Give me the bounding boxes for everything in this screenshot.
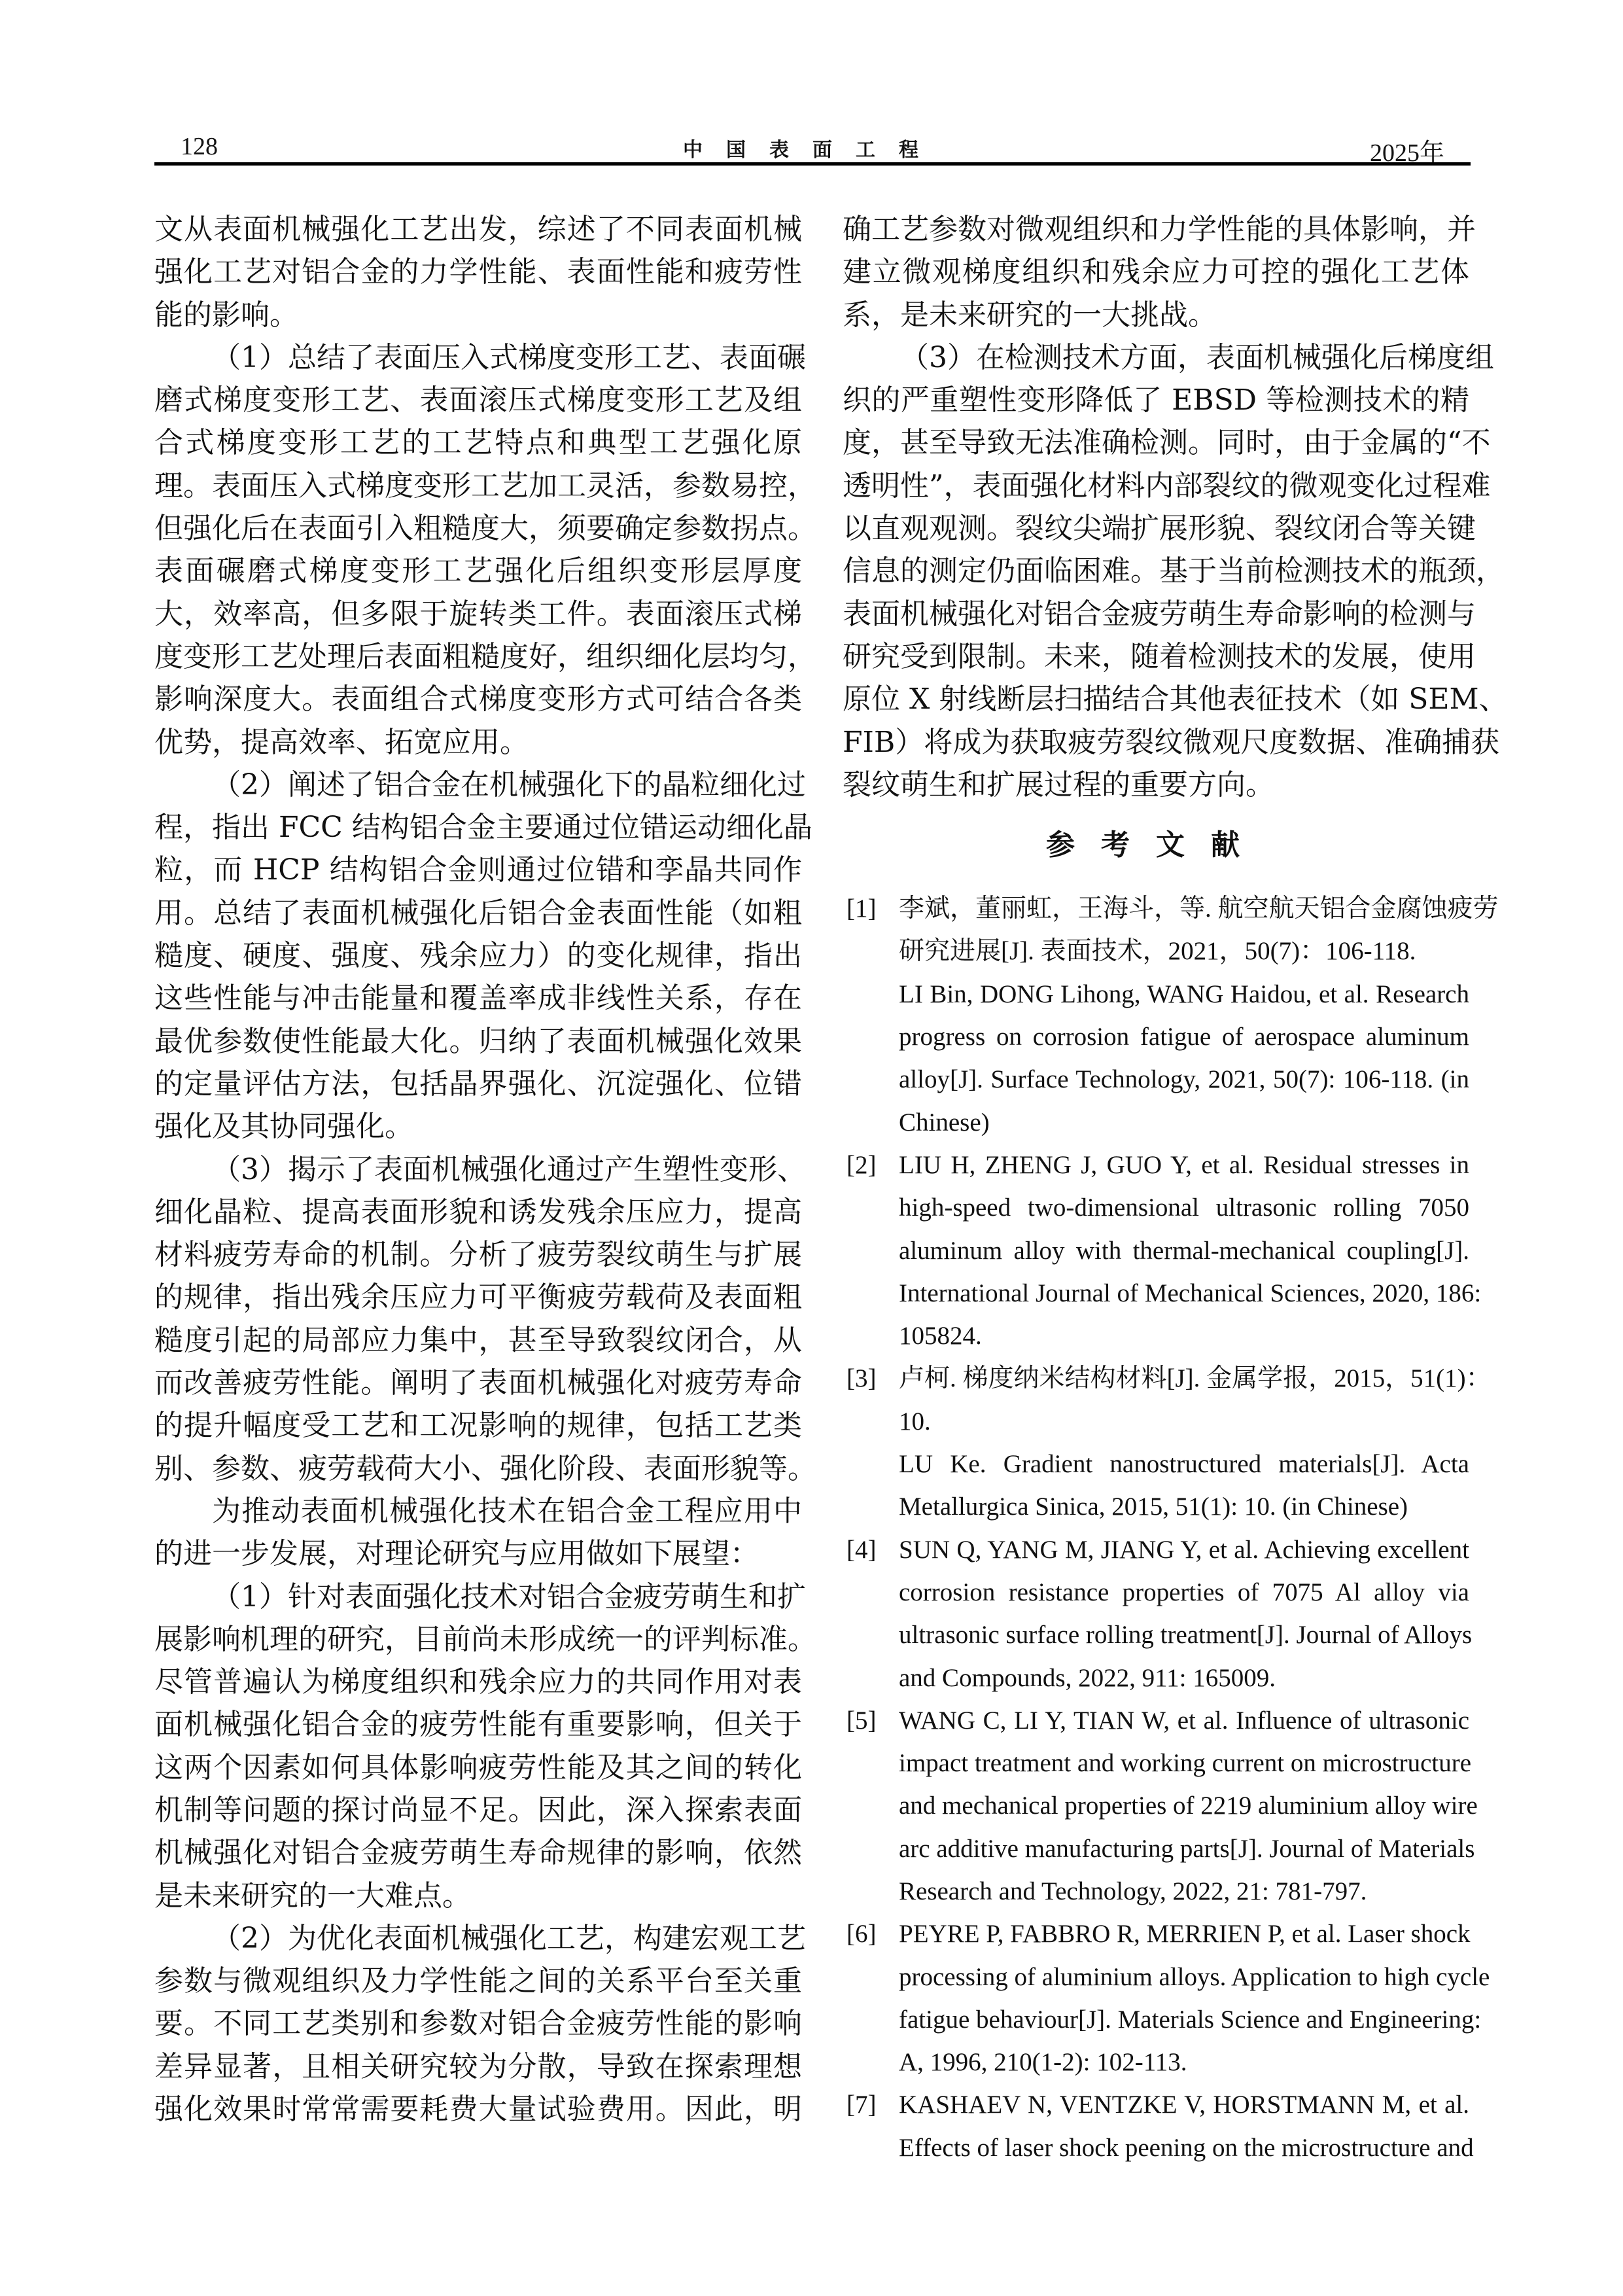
text-line: 织的严重塑性变形降低了 EBSD 等检测技术的精 <box>843 379 1469 421</box>
reference-line: high-speed two-dimensional ultrasonic ro… <box>899 1186 1469 1229</box>
text-line: 理。表面压入式梯度变形工艺加工灵活，参数易控， <box>154 465 802 507</box>
text-line: 度，甚至导致无法准确检测。同时，由于金属的“不 <box>843 421 1469 464</box>
text-line: 合式梯度变形工艺的工艺特点和典型工艺强化原 <box>154 421 802 464</box>
left-column: 文从表面机械强化工艺出发，综述了不同表面机械强化工艺对铝合金的力学性能、表面性能… <box>154 208 802 2130</box>
reference-line: International Journal of Mechanical Scie… <box>899 1272 1469 1315</box>
text-line: 面机械强化铝合金的疲劳性能有重要影响，但关于 <box>154 1703 802 1746</box>
reference-line: alloy[J]. Surface Technology, 2021, 50(7… <box>899 1058 1469 1101</box>
reference-line: and Compounds, 2022, 911: 165009. <box>899 1657 1469 1699</box>
reference-number: [3] <box>846 1357 876 1400</box>
reference-line: corrosion resistance properties of 7075 … <box>899 1571 1469 1614</box>
text-line: 机制等问题的探讨尚显不足。因此，深入探索表面 <box>154 1789 802 1831</box>
reference-item: [2]LIU H, ZHENG J, GUO Y, et al. Residua… <box>843 1144 1469 1357</box>
text-line: 最优参数使性能最大化。归纳了表面机械强化效果 <box>154 1020 802 1063</box>
reference-line: ultrasonic surface rolling treatment[J].… <box>899 1614 1469 1656</box>
reference-line: arc additive manufacturing parts[J]. Jou… <box>899 1828 1469 1870</box>
text-line: 材料疲劳寿命的机制。分析了疲劳裂纹萌生与扩展 <box>154 1233 802 1276</box>
text-line: 文从表面机械强化工艺出发，综述了不同表面机械 <box>154 208 802 251</box>
text-line: 的提升幅度受工艺和工况影响的规律，包括工艺类 <box>154 1404 802 1447</box>
text-line: （3）揭示了表面机械强化通过产生塑性变形、 <box>154 1148 802 1191</box>
reference-line: impact treatment and working current on … <box>899 1742 1469 1784</box>
reference-line: 李斌，董丽虹，王海斗，等. 航空航天铝合金腐蚀疲劳 <box>899 887 1469 930</box>
reference-line: and mechanical properties of 2219 alumin… <box>899 1784 1469 1827</box>
text-line: 程，指出 FCC 结构铝合金主要通过位错运动细化晶 <box>154 806 802 849</box>
reference-line: PEYRE P, FABBRO R, MERRIEN P, et al. Las… <box>899 1913 1469 1955</box>
text-line: FIB）将成为获取疲劳裂纹微观尺度数据、准确捕获 <box>843 721 1469 764</box>
text-line: 大，效率高，但多限于旋转类工件。表面滚压式梯 <box>154 593 802 635</box>
reference-line: SUN Q, YANG M, JIANG Y, et al. Achieving… <box>899 1528 1469 1571</box>
reference-list: [1]李斌，董丽虹，王海斗，等. 航空航天铝合金腐蚀疲劳研究进展[J]. 表面技… <box>843 887 1469 2169</box>
reference-number: [6] <box>846 1913 876 1955</box>
text-line: 强化及其协同强化。 <box>154 1105 802 1148</box>
reference-line: WANG C, LI Y, TIAN W, et al. Influence o… <box>899 1699 1469 1742</box>
reference-number: [1] <box>846 887 876 930</box>
reference-item: [7]KASHAEV N, VENTZKE V, HORSTMANN M, et… <box>843 2083 1469 2169</box>
text-line: 糙度引起的局部应力集中，甚至导致裂纹闭合，从 <box>154 1319 802 1362</box>
text-line: 度变形工艺处理后表面粗糙度好，组织细化层均匀， <box>154 635 802 678</box>
text-line: 要。不同工艺类别和参数对铝合金疲劳性能的影响 <box>154 2002 802 2045</box>
text-line: 系，是未来研究的一大挑战。 <box>843 294 1469 336</box>
reference-line: KASHAEV N, VENTZKE V, HORSTMANN M, et al… <box>899 2083 1469 2126</box>
conclusion-continued: 确工艺参数对微观组织和力学性能的具体影响，并建立微观梯度组织和残余应力可控的强化… <box>843 208 1469 806</box>
text-line: 研究受到限制。未来，随着检测技术的发展，使用 <box>843 635 1469 678</box>
reference-line: LIU H, ZHENG J, GUO Y, et al. Residual s… <box>899 1144 1469 1186</box>
text-line: 粒，而 HCP 结构铝合金则通过位错和孪晶共同作 <box>154 849 802 891</box>
text-line: 参数与微观组织及力学性能之间的关系平台至关重 <box>154 1960 802 2002</box>
reference-line: 研究进展[J]. 表面技术，2021，50(7)：106-118. <box>899 930 1469 972</box>
text-line: 能的影响。 <box>154 294 802 336</box>
reference-item: [1]李斌，董丽虹，王海斗，等. 航空航天铝合金腐蚀疲劳研究进展[J]. 表面技… <box>843 887 1469 1144</box>
reference-line: 10. <box>899 1400 1469 1443</box>
text-line: 的规律，指出残余压应力可平衡疲劳载荷及表面粗 <box>154 1276 802 1318</box>
text-line: 以直观观测。裂纹尖端扩展形貌、裂纹闭合等关键 <box>843 507 1469 550</box>
text-line: 别、参数、疲劳载荷大小、强化阶段、表面形貌等。 <box>154 1447 802 1490</box>
text-line: 的定量评估方法，包括晶界强化、沉淀强化、位错 <box>154 1063 802 1105</box>
reference-line: LI Bin, DONG Lihong, WANG Haidou, et al.… <box>899 973 1469 1016</box>
header-rule <box>154 162 1471 166</box>
reference-line: Research and Technology, 2022, 21: 781-7… <box>899 1870 1469 1913</box>
text-line: 影响深度大。表面组合式梯度变形方式可结合各类 <box>154 678 802 720</box>
text-line: 这两个因素如何具体影响疲劳性能及其之间的转化 <box>154 1746 802 1789</box>
text-line: 这些性能与冲击能量和覆盖率成非线性关系，存在 <box>154 977 802 1019</box>
text-line: 磨式梯度变形工艺、表面滚压式梯度变形工艺及组 <box>154 379 802 421</box>
running-header: 128 中国表面工程 2025年 <box>154 124 1471 165</box>
text-line: 裂纹萌生和扩展过程的重要方向。 <box>843 764 1469 806</box>
reference-line: aluminum alloy with thermal-mechanical c… <box>899 1229 1469 1272</box>
text-line: （2）阐述了铝合金在机械强化下的晶粒细化过 <box>154 764 802 806</box>
text-line: 确工艺参数对微观组织和力学性能的具体影响，并 <box>843 208 1469 251</box>
reference-line: LU Ke. Gradient nanostructured materials… <box>899 1443 1469 1485</box>
reference-line: Chinese) <box>899 1101 1469 1144</box>
journal-title: 中国表面工程 <box>154 133 1471 162</box>
text-line: 强化效果时常常需要耗费大量试验费用。因此，明 <box>154 2088 802 2130</box>
text-line: 是未来研究的一大难点。 <box>154 1875 802 1917</box>
text-line: 透明性”，表面强化材料内部裂纹的微观变化过程难 <box>843 465 1469 507</box>
reference-line: 卢柯. 梯度纳米结构材料[J]. 金属学报，2015，51(1)： <box>899 1357 1469 1400</box>
text-line: （1）总结了表面压入式梯度变形工艺、表面碾 <box>154 336 802 379</box>
references-heading: 参考文献 <box>843 826 1469 865</box>
text-line: 差异显著，且相关研究较为分散，导致在探索理想 <box>154 2045 802 2088</box>
reference-number: [2] <box>846 1144 876 1186</box>
text-line: 用。总结了表面机械强化后铝合金表面性能（如粗 <box>154 892 802 934</box>
text-line: 糙度、硬度、强度、残余应力）的变化规律，指出 <box>154 934 802 977</box>
text-line: 表面碾磨式梯度变形工艺强化后组织变形层厚度 <box>154 550 802 592</box>
text-line: 展影响机理的研究，目前尚未形成统一的评判标准。 <box>154 1618 802 1661</box>
text-line: 强化工艺对铝合金的力学性能、表面性能和疲劳性 <box>154 251 802 293</box>
reference-line: A, 1996, 210(1-2): 102-113. <box>899 2041 1469 2083</box>
reference-item: [3]卢柯. 梯度纳米结构材料[J]. 金属学报，2015，51(1)：10.L… <box>843 1357 1469 1528</box>
reference-number: [5] <box>846 1699 876 1742</box>
reference-line: fatigue behaviour[J]. Materials Science … <box>899 1998 1469 2041</box>
reference-item: [6]PEYRE P, FABBRO R, MERRIEN P, et al. … <box>843 1913 1469 2083</box>
reference-item: [5]WANG C, LI Y, TIAN W, et al. Influenc… <box>843 1699 1469 1913</box>
reference-number: [4] <box>846 1528 876 1571</box>
text-line: 为推动表面机械强化技术在铝合金工程应用中 <box>154 1490 802 1532</box>
text-line: 尽管普遍认为梯度组织和残余应力的共同作用对表 <box>154 1661 802 1703</box>
text-line: 的进一步发展，对理论研究与应用做如下展望： <box>154 1532 802 1575</box>
text-line: （1）针对表面强化技术对铝合金疲劳萌生和扩 <box>154 1576 802 1618</box>
reference-line: progress on corrosion fatigue of aerospa… <box>899 1016 1469 1058</box>
text-line: 细化晶粒、提高表面形貌和诱发残余压应力，提高 <box>154 1191 802 1233</box>
text-line: 而改善疲劳性能。阐明了表面机械强化对疲劳寿命 <box>154 1362 802 1404</box>
text-line: 表面机械强化对铝合金疲劳萌生寿命影响的检测与 <box>843 593 1469 635</box>
text-line: 原位 X 射线断层扫描结合其他表征技术（如 SEM、 <box>843 678 1469 720</box>
text-line: （3）在检测技术方面，表面机械强化后梯度组 <box>843 336 1469 379</box>
reference-item: [4]SUN Q, YANG M, JIANG Y, et al. Achiev… <box>843 1528 1469 1699</box>
text-line: 优势，提高效率、拓宽应用。 <box>154 721 802 764</box>
text-line: （2）为优化表面机械强化工艺，构建宏观工艺 <box>154 1917 802 1960</box>
reference-line: Effects of laser shock peening on the mi… <box>899 2127 1469 2169</box>
text-line: 机械强化对铝合金疲劳萌生寿命规律的影响，依然 <box>154 1831 802 1874</box>
reference-line: processing of aluminium alloys. Applicat… <box>899 1956 1469 1998</box>
text-line: 建立微观梯度组织和残余应力可控的强化工艺体 <box>843 251 1469 293</box>
text-line: 但强化后在表面引入粗糙度大，须要确定参数拐点。 <box>154 507 802 550</box>
reference-number: [7] <box>846 2083 876 2126</box>
reference-line: Metallurgica Sinica, 2015, 51(1): 10. (i… <box>899 1485 1469 1528</box>
right-column: 确工艺参数对微观组织和力学性能的具体影响，并建立微观梯度组织和残余应力可控的强化… <box>843 208 1469 2169</box>
reference-line: 105824. <box>899 1315 1469 1357</box>
text-line: 信息的测定仍面临困难。基于当前检测技术的瓶颈， <box>843 550 1469 592</box>
